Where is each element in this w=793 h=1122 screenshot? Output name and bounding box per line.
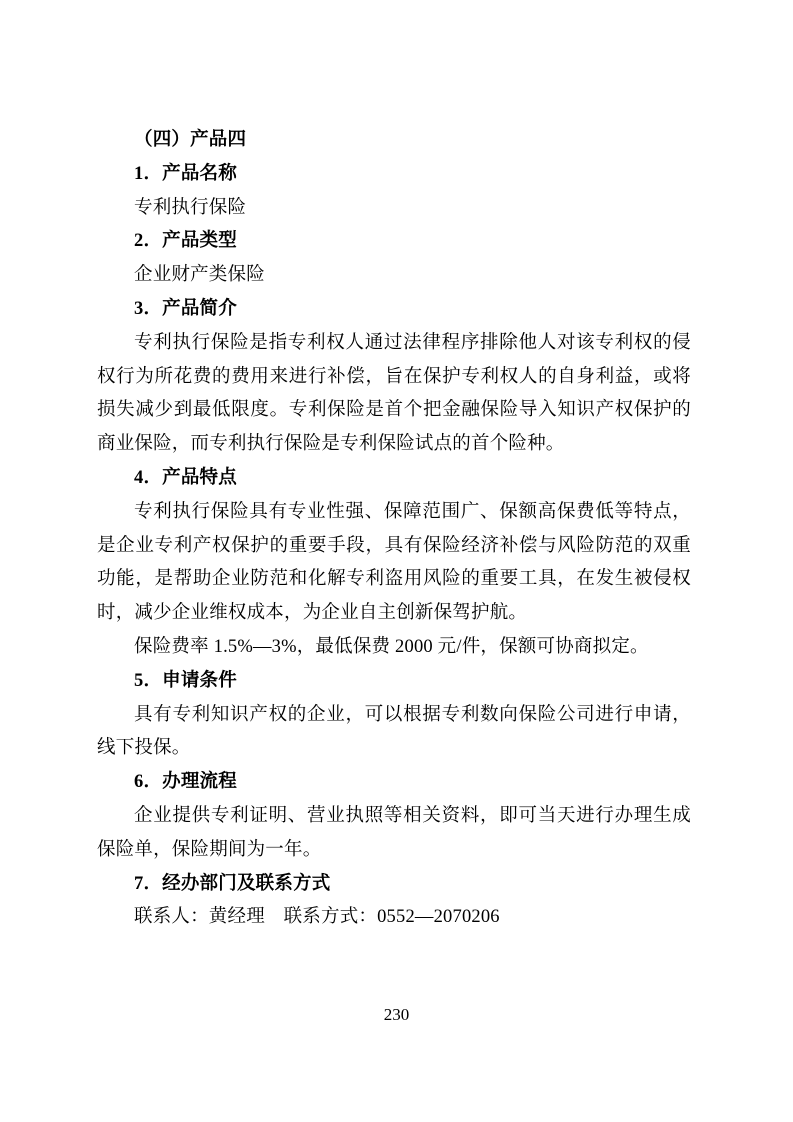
- paragraph-product-features: 专利执行保险具有专业性强、保障范围广、保额高保费低等特点，是企业专利产权保护的重…: [97, 496, 691, 631]
- page-number: 230: [0, 1004, 793, 1026]
- paragraph-contact-info: 联系人：黄经理 联系方式：0552—2070206: [97, 901, 691, 935]
- heading-product-features: 4．产品特点: [97, 462, 691, 496]
- heading-contact-info: 7．经办部门及联系方式: [97, 868, 691, 902]
- paragraph-processing-flow: 企业提供专利证明、营业执照等相关资料，即可当天进行办理生成保险单，保险期间为一年…: [97, 800, 691, 868]
- heading-product-type: 2．产品类型: [97, 225, 691, 259]
- text-product-name: 专利执行保险: [97, 192, 691, 226]
- heading-application-conditions: 5．申请条件: [97, 665, 691, 699]
- heading-processing-flow: 6．办理流程: [97, 766, 691, 800]
- document-page: （四）产品四 1．产品名称 专利执行保险 2．产品类型 企业财产类保险 3．产品…: [0, 0, 793, 1122]
- paragraph-application-conditions: 具有专利知识产权的企业，可以根据专利数向保险公司进行申请，线下投保。: [97, 699, 691, 767]
- document-content: （四）产品四 1．产品名称 专利执行保险 2．产品类型 企业财产类保险 3．产品…: [97, 124, 691, 935]
- section-heading-product-four: （四）产品四: [97, 124, 691, 158]
- heading-product-name: 1．产品名称: [97, 158, 691, 192]
- text-product-type: 企业财产类保险: [97, 259, 691, 293]
- paragraph-product-intro: 专利执行保险是指专利权人通过法律程序排除他人对该专利权的侵权行为所花费的费用来进…: [97, 327, 691, 462]
- heading-product-intro: 3．产品简介: [97, 293, 691, 327]
- paragraph-premium-rate: 保险费率 1.5%—3%，最低保费 2000 元/件，保额可协商拟定。: [97, 631, 691, 665]
